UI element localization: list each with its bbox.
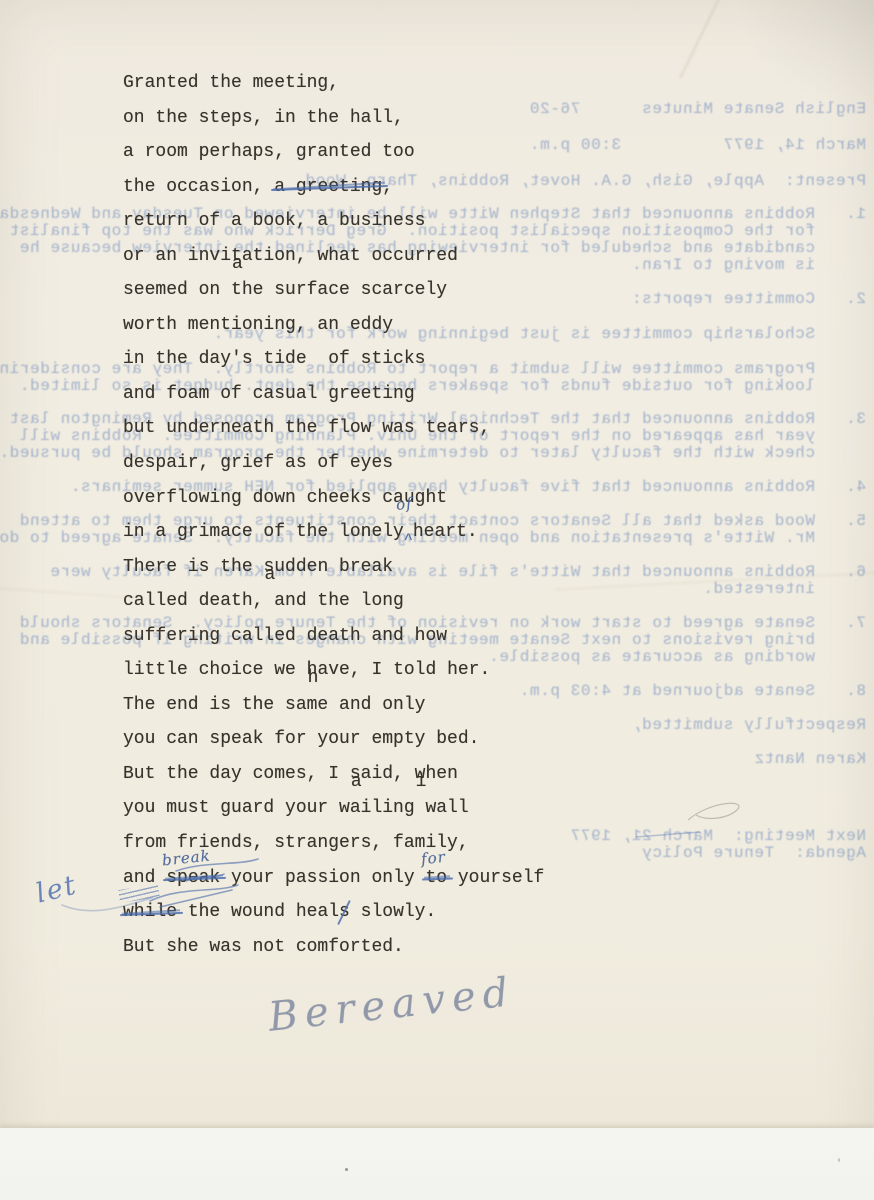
poem-line: little choice we have, I told her.: [123, 653, 544, 688]
poem-text: ave, I told her.: [317, 660, 490, 680]
bleedthrough-line: 2. Committee reports:: [631, 290, 866, 308]
pen-struck-text: speakbreak: [166, 868, 220, 888]
poem-line: or an invitation, what occurred: [123, 239, 544, 274]
poem-body: Granted the meeting,on the steps, in the…: [123, 66, 544, 964]
poem-line: Granted the meeting,: [123, 66, 544, 101]
poem-line: and speakbreak your passion only tofor y…: [123, 861, 544, 896]
poem-text: yourself: [447, 868, 544, 888]
poem-text: or an invi: [123, 246, 231, 266]
poem-text: suffering called death and how: [123, 626, 447, 646]
poem-text: but underneath the flow was tears,: [123, 418, 490, 438]
poem-line: despair, grief as of eyes: [123, 446, 544, 481]
caret-glyph: ^: [404, 531, 413, 548]
poem-line: suffering called death and how: [123, 619, 544, 654]
poem-line: There is the sudden break: [123, 550, 544, 585]
poem-text: There is the: [123, 557, 263, 577]
poem-line: called death, and the long: [123, 584, 544, 619]
poem-line: but underneath the flow was tears,: [123, 411, 544, 446]
poem-text: little choice we: [123, 660, 307, 680]
handwritten-insertion: for: [421, 849, 447, 866]
poem-text: on the steps, in the hall,: [123, 108, 404, 128]
poem-text: in the day's tide of sticks: [123, 349, 425, 369]
poem-text: The end is the same and only: [123, 695, 425, 715]
scanned-page: English Senate Minutes 76-20March 14, 19…: [0, 0, 874, 1200]
poem-text: heart.: [413, 522, 478, 542]
poem-text: despair, grief as of eyes: [123, 453, 393, 473]
overtyped-text: t: [231, 246, 242, 266]
poem-text: seemed on the surface scarcely: [123, 280, 447, 300]
poem-line: overflowing down cheeks caught: [123, 481, 544, 516]
poem-text: the wound heal: [177, 902, 339, 922]
poem-text: ation, what occurred: [242, 246, 458, 266]
pen-slashed-text: s: [339, 902, 350, 922]
poem-text: slowly.: [350, 902, 436, 922]
poem-line: worth mentioning, an eddy: [123, 308, 544, 343]
poem-text: you can speak for your empty bed.: [123, 729, 479, 749]
poem-line: on the steps, in the hall,: [123, 101, 544, 136]
poem-line: in the day's tide of sticks: [123, 342, 544, 377]
poem-text: worth mentioning, an eddy: [123, 315, 393, 335]
scan-speck: [838, 1158, 840, 1162]
poem-line: a room perhaps, granted too: [123, 135, 544, 170]
poem-text: called death, and the long: [123, 591, 404, 611]
poem-text: aid,: [361, 764, 415, 784]
overtyped-text: h: [307, 660, 318, 680]
bleedthrough-line: 8. Senate adjourned at 4:03 p.m.: [519, 682, 866, 700]
poem-line: while the wound heals slowly.: [123, 895, 544, 930]
poem-line: The end is the same and only: [123, 688, 544, 723]
poem-line: seemed on the surface scarcely: [123, 273, 544, 308]
poem-text: and foam of casual greeting: [123, 384, 415, 404]
poem-line: in a grimace of the lonely^ofheart.: [123, 515, 544, 550]
bleedthrough-line: Agenda: Tenure Policy: [642, 844, 866, 862]
poem-text: a room perhaps, granted too: [123, 142, 415, 162]
overtyped-text: s: [263, 557, 274, 577]
bleedthrough-line: Next Meeting: March 21, 1977: [570, 827, 866, 845]
poem-text: you must guard your wailing wall: [123, 798, 469, 818]
poem-text: ,: [382, 177, 393, 197]
scan-speck: [345, 1168, 348, 1171]
poem-line: you must guard your wailing wall: [123, 791, 544, 826]
bleedthrough-line: Karen Nantz: [754, 750, 866, 768]
pen-struck-text: tofor: [425, 868, 447, 888]
poem-line: return of a book, a business: [123, 204, 544, 239]
pen-struck-text: a greeting: [274, 177, 382, 197]
bleedthrough-line: March 14, 1977 3:00 p.m.: [529, 136, 866, 154]
pen-struck-text: while: [123, 902, 177, 922]
paper-bottom-edge: [0, 1127, 874, 1200]
poem-text: your passion only: [220, 868, 425, 888]
poem-text: udden break: [274, 557, 393, 577]
poem-text: hen: [425, 764, 457, 784]
scan-corner-shading: [734, 0, 874, 110]
poem-line: But she was not comforted.: [123, 930, 544, 965]
handwritten-insertion: break: [162, 848, 212, 867]
bleedthrough-line: wording as accurate as possible.: [489, 648, 866, 666]
poem-text: in a grimace of the lonely: [123, 522, 404, 542]
overtyped-text: w: [415, 764, 426, 784]
poem-line: the occasion, a greeting,: [123, 170, 544, 205]
poem-text: return of a book, a business: [123, 211, 425, 231]
poem-line: But the day comes, I said, when: [123, 757, 544, 792]
bleedthrough-line: Respectfully submitted,: [631, 716, 866, 734]
poem-text: the occasion,: [123, 177, 274, 197]
handwritten-insertion: of: [395, 496, 413, 512]
bleedthrough-line: interested.: [703, 580, 866, 598]
poem-text: Granted the meeting,: [123, 73, 339, 93]
poem-line: you can speak for your empty bed.: [123, 722, 544, 757]
overtyped-text: s: [350, 764, 361, 784]
poem-line: and foam of casual greeting: [123, 377, 544, 412]
bleedthrough-line: is moving to Iran.: [631, 256, 866, 274]
poem-text: But the day comes, I: [123, 764, 350, 784]
poem-text: and: [123, 868, 166, 888]
poem-text: But she was not comforted.: [123, 937, 404, 957]
insertion-caret-mark: ^of: [404, 524, 413, 541]
